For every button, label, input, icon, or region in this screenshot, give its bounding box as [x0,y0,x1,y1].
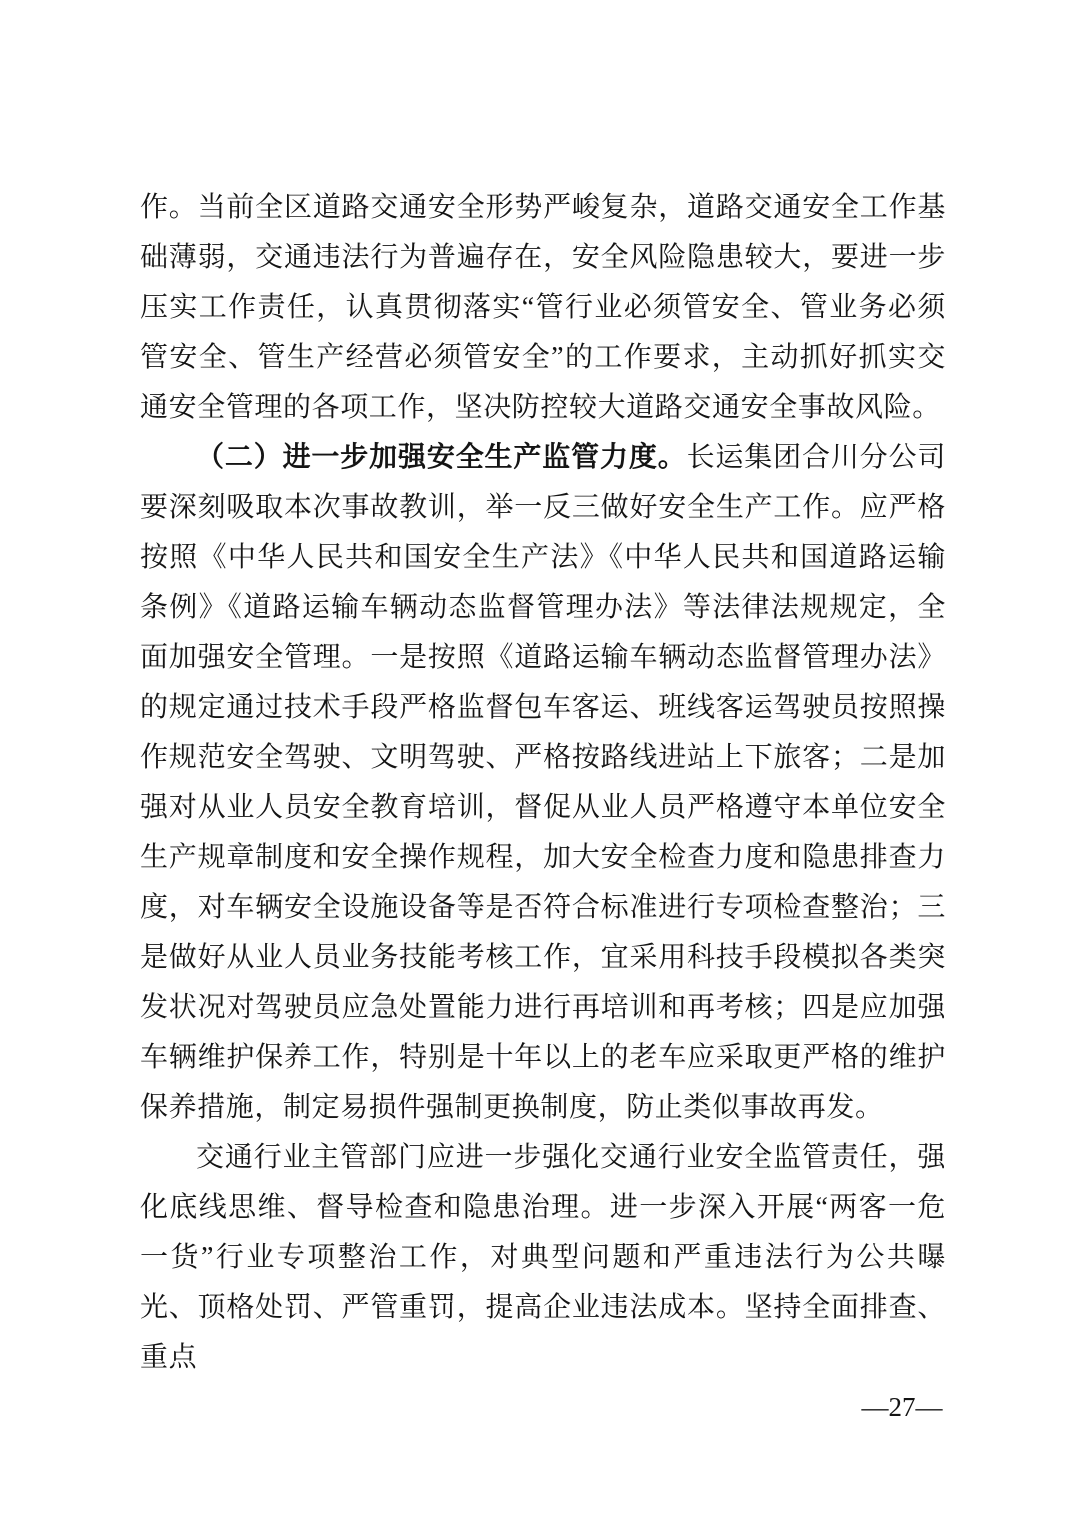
paragraph-text: 长运集团合川分公司要深刻吸取本次事故教训，举一反三做好安全生产工作。应严格按照《… [140,442,946,1123]
document-page: 作。当前全区道路交通安全形势严峻复杂，道路交通安全工作基础薄弱，交通违法行为普遍… [0,0,1074,1520]
paragraph-text: 作。当前全区道路交通安全形势严峻复杂，道路交通安全工作基础薄弱，交通违法行为普遍… [140,192,946,423]
page-number: —27— [852,1392,952,1423]
paragraph-transport-authority: 交通行业主管部门应进一步强化交通行业安全监管责任，强化底线思维、督导检查和隐患治… [140,1133,946,1383]
paragraph-text: 交通行业主管部门应进一步强化交通行业安全监管责任，强化底线思维、督导检查和隐患治… [140,1142,946,1373]
section-heading: （二）进一步加强安全生产监管力度。 [196,442,687,473]
paragraph-section-two: （二）进一步加强安全生产监管力度。长运集团合川分公司要深刻吸取本次事故教训，举一… [140,433,946,1133]
paragraph-continuation: 作。当前全区道路交通安全形势严峻复杂，道路交通安全工作基础薄弱，交通违法行为普遍… [140,183,946,433]
body-text: 作。当前全区道路交通安全形势严峻复杂，道路交通安全工作基础薄弱，交通违法行为普遍… [140,183,946,1383]
